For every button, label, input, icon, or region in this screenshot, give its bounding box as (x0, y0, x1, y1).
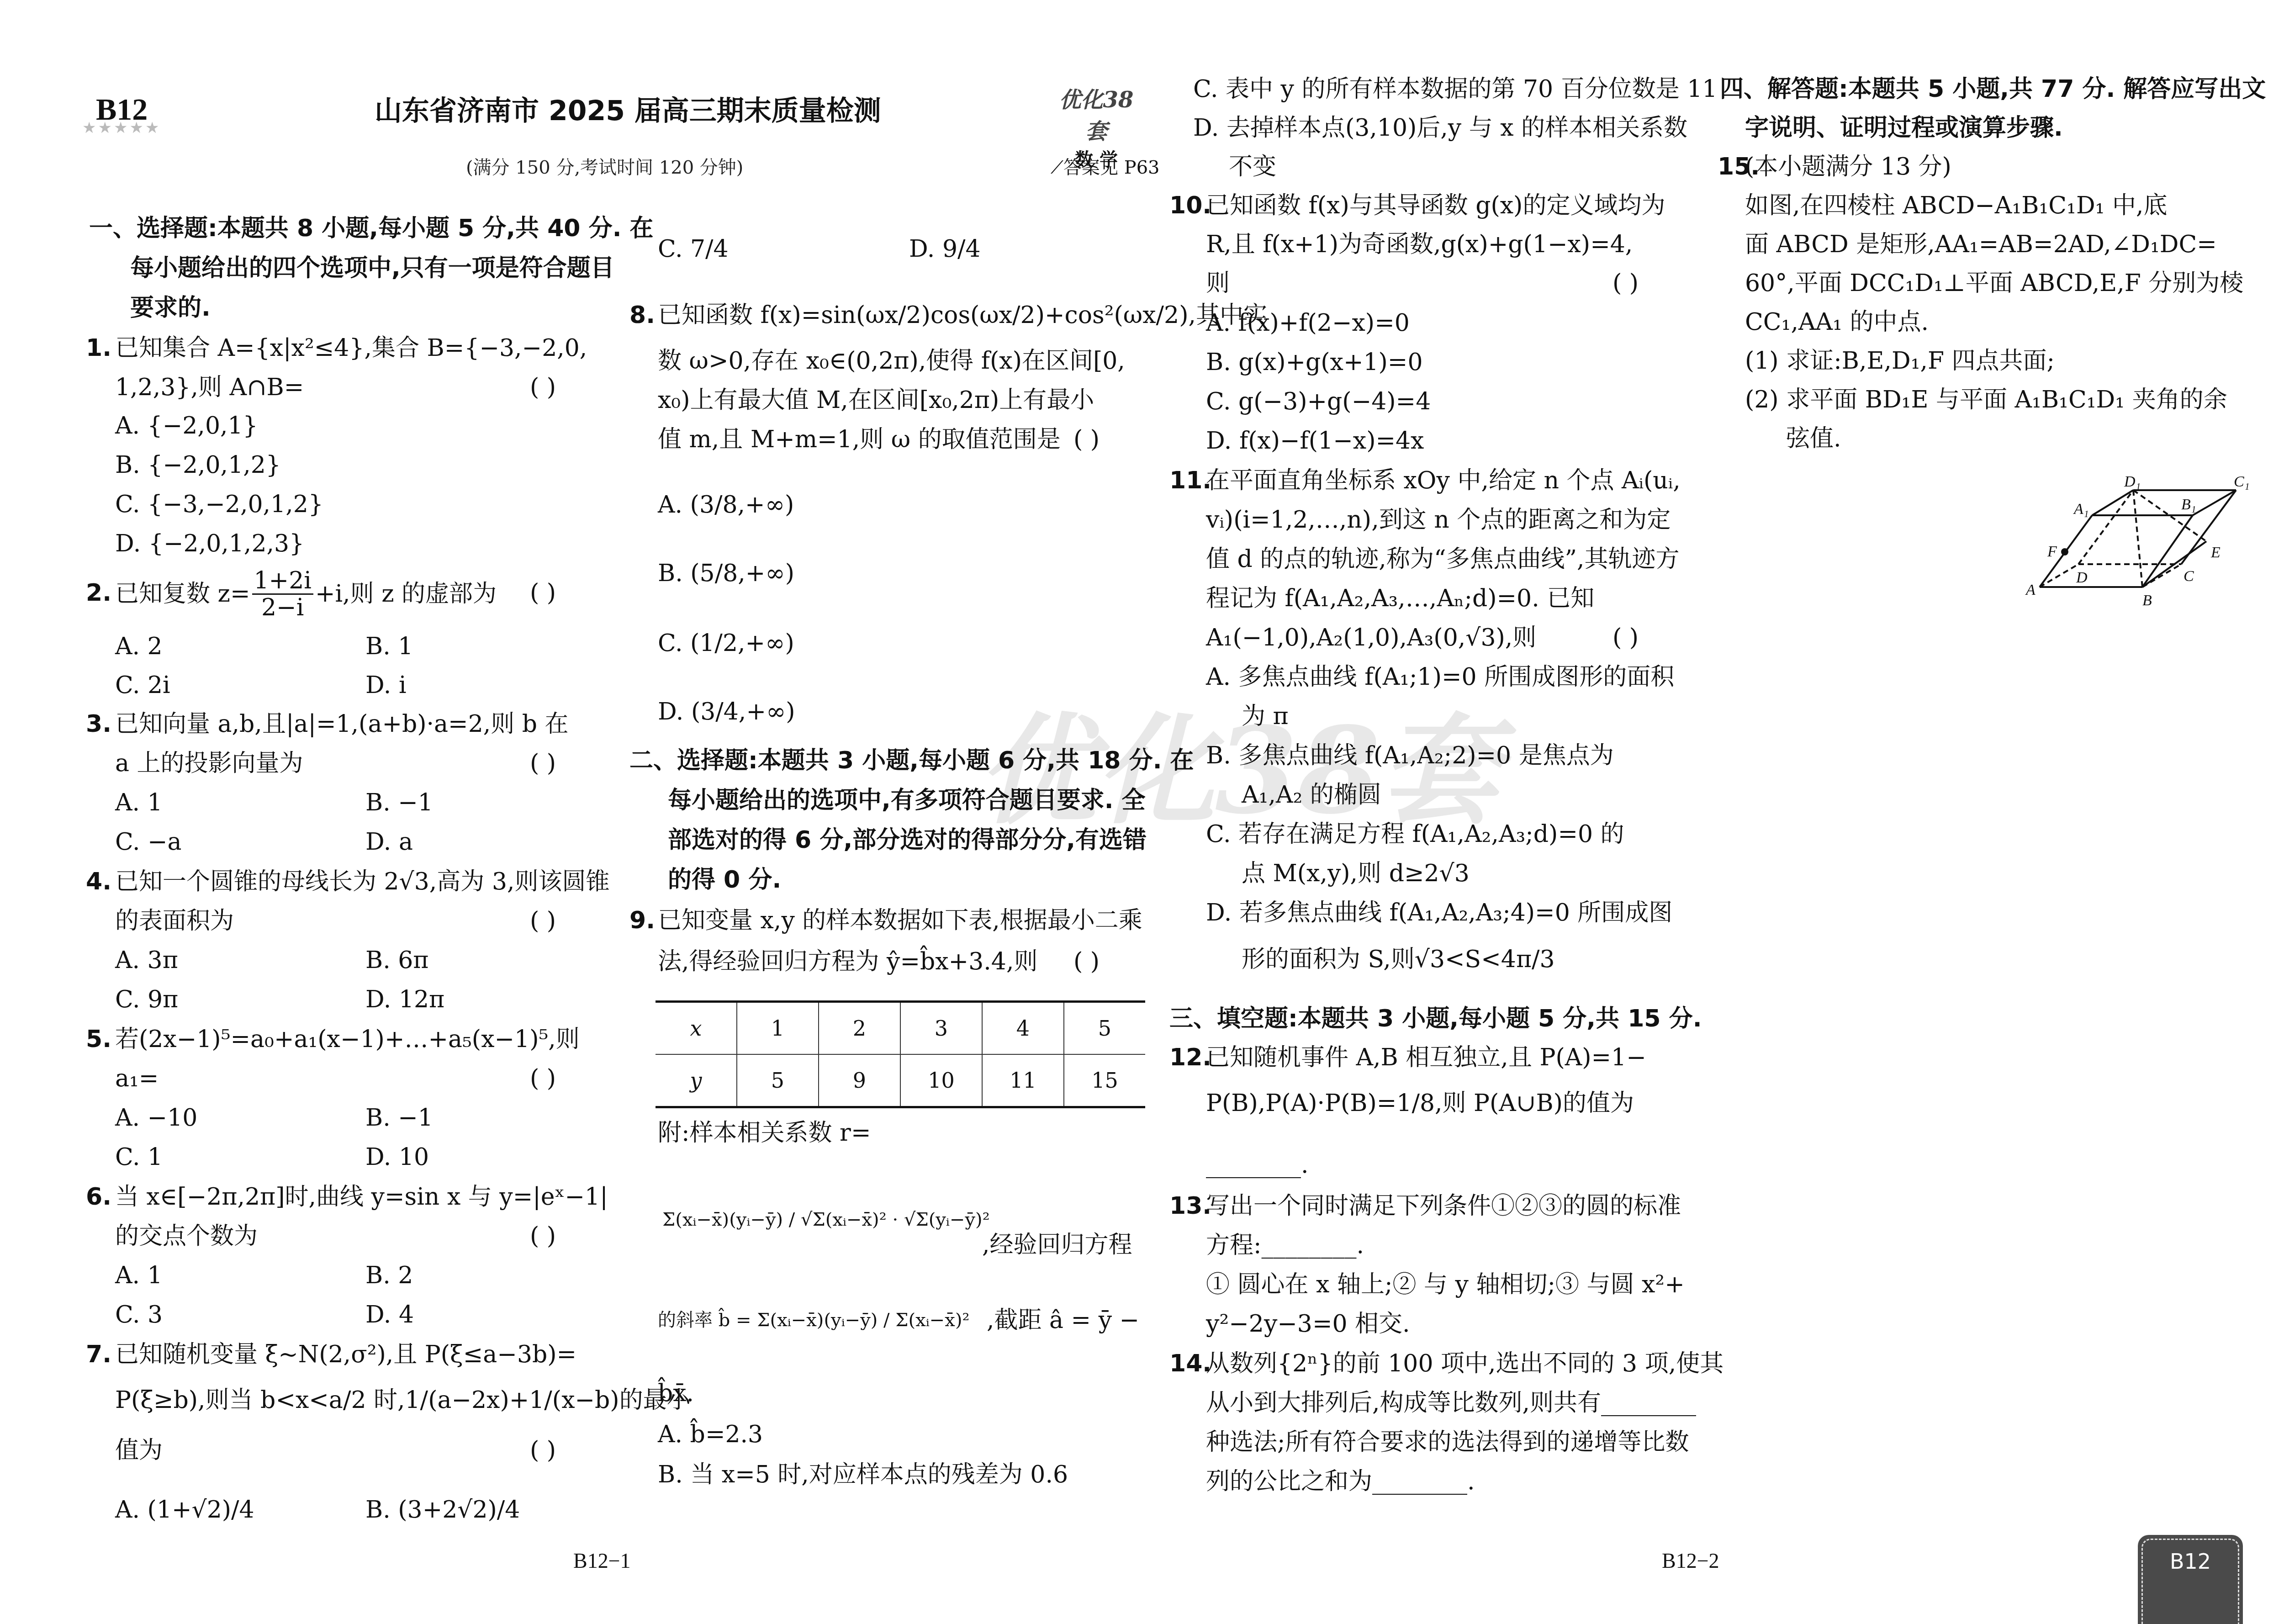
option-cont: 不变 (1229, 153, 1276, 180)
option: C. 2i (115, 672, 170, 699)
question-text: 的表面积为 (115, 907, 234, 935)
question-text: A₁(−1,0),A₂(1,0),A₃(0,√3),则 (1206, 624, 1536, 651)
question-text: 若(2x−1)⁵=a₀+a₁(x−1)+…+a₅(x−1)⁵,则 (115, 1026, 580, 1053)
question-text: 数 ω>0,存在 x₀∈(0,2π),使得 f(x)在区间[0, (658, 347, 1125, 375)
fill-blank[interactable]: 从小到大排列后,构成等比数列,则共有________ (1206, 1389, 1696, 1417)
fill-blank[interactable]: ________. (1206, 1151, 1309, 1179)
numerator: 1+2i (252, 568, 313, 595)
question-text: a₁= (115, 1065, 159, 1092)
paper-badge: B12 (2138, 1535, 2243, 1624)
formula-b: 的斜率 b̂ = Σ(xᵢ−x̄)(yᵢ−ȳ) / Σ(xᵢ−x̄)² (658, 1307, 970, 1334)
question-text: 在平面直角坐标系 xOy 中,给定 n 个点 Aᵢ(uᵢ, (1206, 467, 1681, 494)
table-cell: 5 (1064, 1002, 1145, 1055)
prism-figure: D₁ C₁ A₁ B₁ F E D C A B (1996, 475, 2252, 612)
pointer-icon: ⟋ (1051, 157, 1063, 178)
table-cell: 2 (819, 1002, 900, 1055)
question-text: 已知变量 x,y 的样本数据如下表,根据最小二乘 (658, 907, 1142, 934)
question-number: 11. (1169, 467, 1211, 494)
option: C. 7/4 (658, 235, 729, 263)
question-text: a 上的投影向量为 (115, 750, 303, 777)
table-cell: 3 (900, 1002, 982, 1055)
label-A1: A₁ (2073, 501, 2089, 518)
option: D. 4 (365, 1301, 414, 1328)
question-text: vᵢ)(i=1,2,…,n),到这 n 个点的距离之和为定 (1206, 506, 1671, 534)
label-C1: C₁ (2234, 475, 2250, 490)
table-header: y (656, 1054, 737, 1107)
label-C: C (2184, 568, 2194, 585)
option: C. 3 (115, 1301, 163, 1328)
section-1-heading: 一、选择题:本题共 8 小题,每小题 5 分,共 40 分. 在 (89, 215, 654, 242)
question-score: (本小题满分 13 分) (1745, 153, 1951, 180)
section-2-heading: 部选对的得 6 分,部分选对的得部分分,有选错 (668, 826, 1147, 854)
option: D. f(x)−f(1−x)=4x (1206, 427, 1424, 455)
option: D. 10 (365, 1143, 429, 1171)
label-A: A (2025, 582, 2036, 598)
answer-blank: ( ) (530, 1065, 556, 1092)
table-cell: 5 (737, 1054, 819, 1107)
option: D. 去掉样本点(3,10)后,y 与 x 的样本相关系数 (1193, 114, 1687, 142)
question-number: 5. (86, 1026, 111, 1053)
answer-blank: ( ) (530, 579, 556, 607)
section-2-heading: 每小题给出的选项中,有多项符合题目要求. 全 (668, 787, 1146, 814)
question-number: 1. (86, 334, 111, 362)
question-number: 12. (1169, 1044, 1211, 1071)
answer-blank: ( ) (530, 374, 556, 401)
question-number: 14. (1169, 1350, 1211, 1377)
brand-name: 优化38套 (1051, 82, 1142, 145)
option: D. {−2,0,1,2,3} (115, 530, 304, 557)
table-cell: 9 (819, 1054, 900, 1107)
option: A. (1+√2)/4 (115, 1496, 254, 1523)
question-text: 已知随机变量 ξ~N(2,σ²),且 P(ξ≤a−3b)= (115, 1341, 576, 1368)
option: C. 若存在满足方程 f(A₁,A₂,A₃;d)=0 的 (1206, 820, 1624, 848)
sub-question-cont: 弦值. (1786, 425, 1841, 452)
question-number: 7. (86, 1341, 111, 1368)
question-number: 4. (86, 868, 111, 895)
question-text-pre: 已知复数 z= (115, 580, 250, 608)
question-text: 已知复数 z= 1+2i2−i +i,则 z 的虚部为 (115, 566, 497, 621)
answer-blank: ( ) (1613, 624, 1639, 651)
formula-r: Σ(xᵢ−x̄)(yᵢ−ȳ) / √Σ(xᵢ−x̄)² · √Σ(yᵢ−ȳ)² (662, 1206, 990, 1233)
table-cell: 1 (737, 1002, 819, 1055)
note-text: b̂x̄. (658, 1380, 694, 1407)
sub-question: (1) 求证:B,E,D₁,F 四点共面; (1745, 347, 2055, 375)
answer-reference: ⟋答案见 P63 (1051, 153, 1160, 179)
section-3-heading: 三、填空题:本题共 3 小题,每小题 5 分,共 15 分. (1169, 1005, 1702, 1032)
question-number: 13. (1169, 1192, 1211, 1220)
question-text: 法,得经验回归方程为 ŷ=b̂x+3.4,则 (658, 948, 1037, 975)
option: D. 9/4 (909, 235, 981, 263)
page-title: 山东省济南市 2025 届高三期末质量检测 (375, 89, 881, 128)
option: A. 3π (115, 947, 178, 974)
question-number: 2. (86, 579, 111, 607)
section-1-heading: 每小题给出的四个选项中,只有一项是符合题目 (130, 254, 614, 282)
section-2-heading: 的得 0 分. (668, 866, 781, 894)
table-cell: 11 (982, 1054, 1064, 1107)
option: C. 1 (115, 1143, 163, 1171)
sample-data-table: x 1 2 3 4 5 y 5 9 10 11 15 (656, 1000, 1145, 1108)
stars-decoration: ★★★★★ (82, 119, 161, 137)
option: B. g(x)+g(x+1)=0 (1206, 349, 1423, 376)
option-cont: A₁,A₂ 的椭圆 (1242, 781, 1381, 809)
question-text: R,且 f(x+1)为奇函数,g(x)+g(1−x)=4, (1206, 231, 1633, 258)
option: A. 2 (115, 633, 163, 660)
table-row-x: x 1 2 3 4 5 (656, 1002, 1145, 1055)
section-1-heading: 要求的. (130, 294, 211, 322)
question-text: 面 ABCD 是矩形,AA₁=AB=2AD,∠D₁DC= (1745, 231, 2217, 258)
option: B. 多焦点曲线 f(A₁,A₂;2)=0 是焦点为 (1206, 742, 1614, 769)
question-text: 已知函数 f(x)=sin(ωx/2)cos(ωx/2)+cos²(ωx/2),… (658, 302, 1267, 329)
question-text: 1,2,3},则 A∩B= (115, 374, 304, 401)
option: B. (5/8,+∞) (658, 560, 794, 587)
answer-reference-text: 答案见 P63 (1063, 157, 1160, 178)
page-number-right: B12−2 (1662, 1549, 1719, 1573)
option: D. a (365, 828, 413, 856)
badge-label: B12 (2141, 1539, 2239, 1624)
option: A. 多焦点曲线 f(A₁;1)=0 所围成图形的面积 (1206, 663, 1674, 691)
answer-blank: ( ) (530, 1437, 556, 1464)
option: A. 1 (115, 1262, 163, 1289)
label-D1: D₁ (2124, 475, 2141, 490)
question-text: 从数列{2ⁿ}的前 100 项中,选出不同的 3 项,使其 (1206, 1350, 1724, 1377)
label-F: F (2047, 543, 2057, 560)
question-number: 9. (629, 907, 655, 934)
option: A. (3/8,+∞) (658, 491, 794, 518)
answer-blank: ( ) (530, 1222, 556, 1250)
option: C. g(−3)+g(−4)=4 (1206, 388, 1431, 415)
option: C. (1/2,+∞) (658, 629, 794, 657)
fill-blank[interactable]: 列的公比之和为________. (1206, 1468, 1475, 1495)
question-text: 已知随机事件 A,B 相互独立,且 P(A)=1− (1206, 1044, 1646, 1071)
option-cont: 为 π (1242, 703, 1289, 730)
option: B. {−2,0,1,2} (115, 451, 281, 479)
table-cell: 4 (982, 1002, 1064, 1055)
table-cell: 10 (900, 1054, 982, 1107)
question-text: x₀)上有最大值 M,在区间[x₀,2π)上有最小 (658, 386, 1094, 414)
option: D. 12π (365, 986, 444, 1013)
question-text: 值为 (115, 1437, 163, 1464)
option: C. 9π (115, 986, 178, 1013)
sub-question: (2) 求平面 BD₁E 与平面 A₁B₁C₁D₁ 夹角的余 (1745, 386, 2227, 413)
question-text: 60°,平面 DCC₁D₁⊥平面 ABCD,E,F 分别为棱 (1745, 270, 2243, 297)
question-text: 已知函数 f(x)与其导函数 g(x)的定义域均为 (1206, 192, 1665, 219)
answer-blank: ( ) (1073, 426, 1100, 453)
option: B. −1 (365, 789, 433, 816)
question-number: 3. (86, 710, 111, 738)
section-2-heading: 二、选择题:本题共 3 小题,每小题 6 分,共 18 分. 在 (629, 747, 1194, 774)
label-E: E (2210, 544, 2221, 561)
question-text: 种选法;所有符合要求的选法得到的递增等比数 (1206, 1428, 1689, 1456)
option: B. 6π (365, 947, 429, 974)
note-text: ,经验回归方程 (982, 1231, 1132, 1259)
option: B. 当 x=5 时,对应样本点的残差为 0.6 (658, 1461, 1068, 1488)
option-cont: 形的面积为 S,则√3<S<4π/3 (1242, 946, 1555, 973)
question-number: 8. (629, 302, 655, 329)
answer-blank: ( ) (1613, 270, 1639, 297)
question-text: ① 圆心在 x 轴上;② 与 y 轴相切;③ 与圆 x²+ (1206, 1271, 1685, 1298)
option: A. {−2,0,1} (115, 412, 258, 439)
option: B. 2 (365, 1262, 413, 1289)
option: B. −1 (365, 1104, 433, 1132)
question-text: 值 m,且 M+m=1,则 ω 的取值范围是 (658, 426, 1061, 453)
question-text: y²−2y−3=0 相交. (1206, 1310, 1410, 1338)
label-B: B (2142, 592, 2152, 609)
option: C. −a (115, 828, 182, 856)
table-cell: 15 (1064, 1054, 1145, 1107)
table-header: x (656, 1002, 737, 1055)
label-B1: B₁ (2181, 496, 2196, 513)
option: C. {−3,−2,0,1,2} (115, 491, 323, 518)
question-text: 写出一个同时满足下列条件①②③的圆的标准 (1206, 1192, 1681, 1220)
option: A. −10 (115, 1104, 197, 1132)
label-D: D (2076, 569, 2088, 586)
option: A. f(x)+f(2−x)=0 (1206, 309, 1410, 337)
question-text: 值 d 的点的轨迹,称为“多焦点曲线”,其轨迹方 (1206, 545, 1680, 573)
note-text: 附:样本相关系数 r= (658, 1119, 871, 1147)
option-cont: 点 M(x,y),则 d≥2√3 (1242, 860, 1470, 887)
option: A. b̂=2.3 (658, 1421, 763, 1448)
option: D. 若多焦点曲线 f(A₁,A₂,A₃;4)=0 所围成图 (1206, 899, 1672, 926)
question-number: 10. (1169, 192, 1211, 219)
question-text: 已知一个圆锥的母线长为 2√3,高为 3,则该圆锥 (115, 868, 610, 895)
question-text-post: +i,则 z 的虚部为 (315, 580, 497, 608)
answer-blank: ( ) (530, 907, 556, 935)
table-row-y: y 5 9 10 11 15 (656, 1054, 1145, 1107)
option: B. 1 (365, 633, 413, 660)
fill-blank[interactable]: 方程:________. (1206, 1232, 1364, 1259)
option: D. (3/4,+∞) (658, 698, 795, 725)
option: A. 1 (115, 789, 163, 816)
question-text: 程记为 f(A₁,A₂,A₃,…,Aₙ;d)=0. 已知 (1206, 585, 1594, 612)
question-text: 的交点个数为 (115, 1222, 258, 1250)
option: D. i (365, 672, 407, 699)
answer-blank: ( ) (530, 750, 556, 777)
fraction: 1+2i2−i (252, 568, 313, 620)
question-text: 当 x∈[−2π,2π]时,曲线 y=sin x 与 y=|eˣ−1| (115, 1183, 608, 1211)
question-text: P(ξ≥b),则当 b<x<a/2 时,1/(a−2x)+1/(x−b)的最小 (115, 1386, 691, 1414)
question-text: P(B),P(A)·P(B)=1/8,则 P(A∪B)的值为 (1206, 1090, 1634, 1117)
note-text: ,截距 â = ȳ − (987, 1307, 1139, 1334)
question-text: CC₁,AA₁ 的中点. (1745, 308, 1929, 336)
question-text: 如图,在四棱柱 ABCD−A₁B₁C₁D₁ 中,底 (1745, 192, 2168, 219)
question-text: 则 (1206, 270, 1230, 297)
option: B. (3+2√2)/4 (365, 1496, 520, 1523)
option: C. 表中 y 的所有样本数据的第 70 百分位数是 11 (1193, 75, 1717, 103)
question-text: 已知集合 A={x|x²≤4},集合 B={−3,−2,0, (115, 334, 587, 362)
question-text: 已知向量 a,b,且|a|=1,(a+b)·a=2,则 b 在 (115, 710, 569, 738)
section-4-heading: 字说明、证明过程或演算步骤. (1745, 114, 2063, 142)
page-subtitle: (满分 150 分,考试时间 120 分钟) (466, 153, 743, 179)
page-number-left: B12−1 (573, 1549, 631, 1573)
question-number: 6. (86, 1183, 111, 1211)
denominator: 2−i (261, 595, 304, 620)
section-4-heading: 四、解答题:本题共 5 小题,共 77 分. 解答应写出文 (1720, 75, 2266, 103)
answer-blank: ( ) (1073, 948, 1100, 975)
